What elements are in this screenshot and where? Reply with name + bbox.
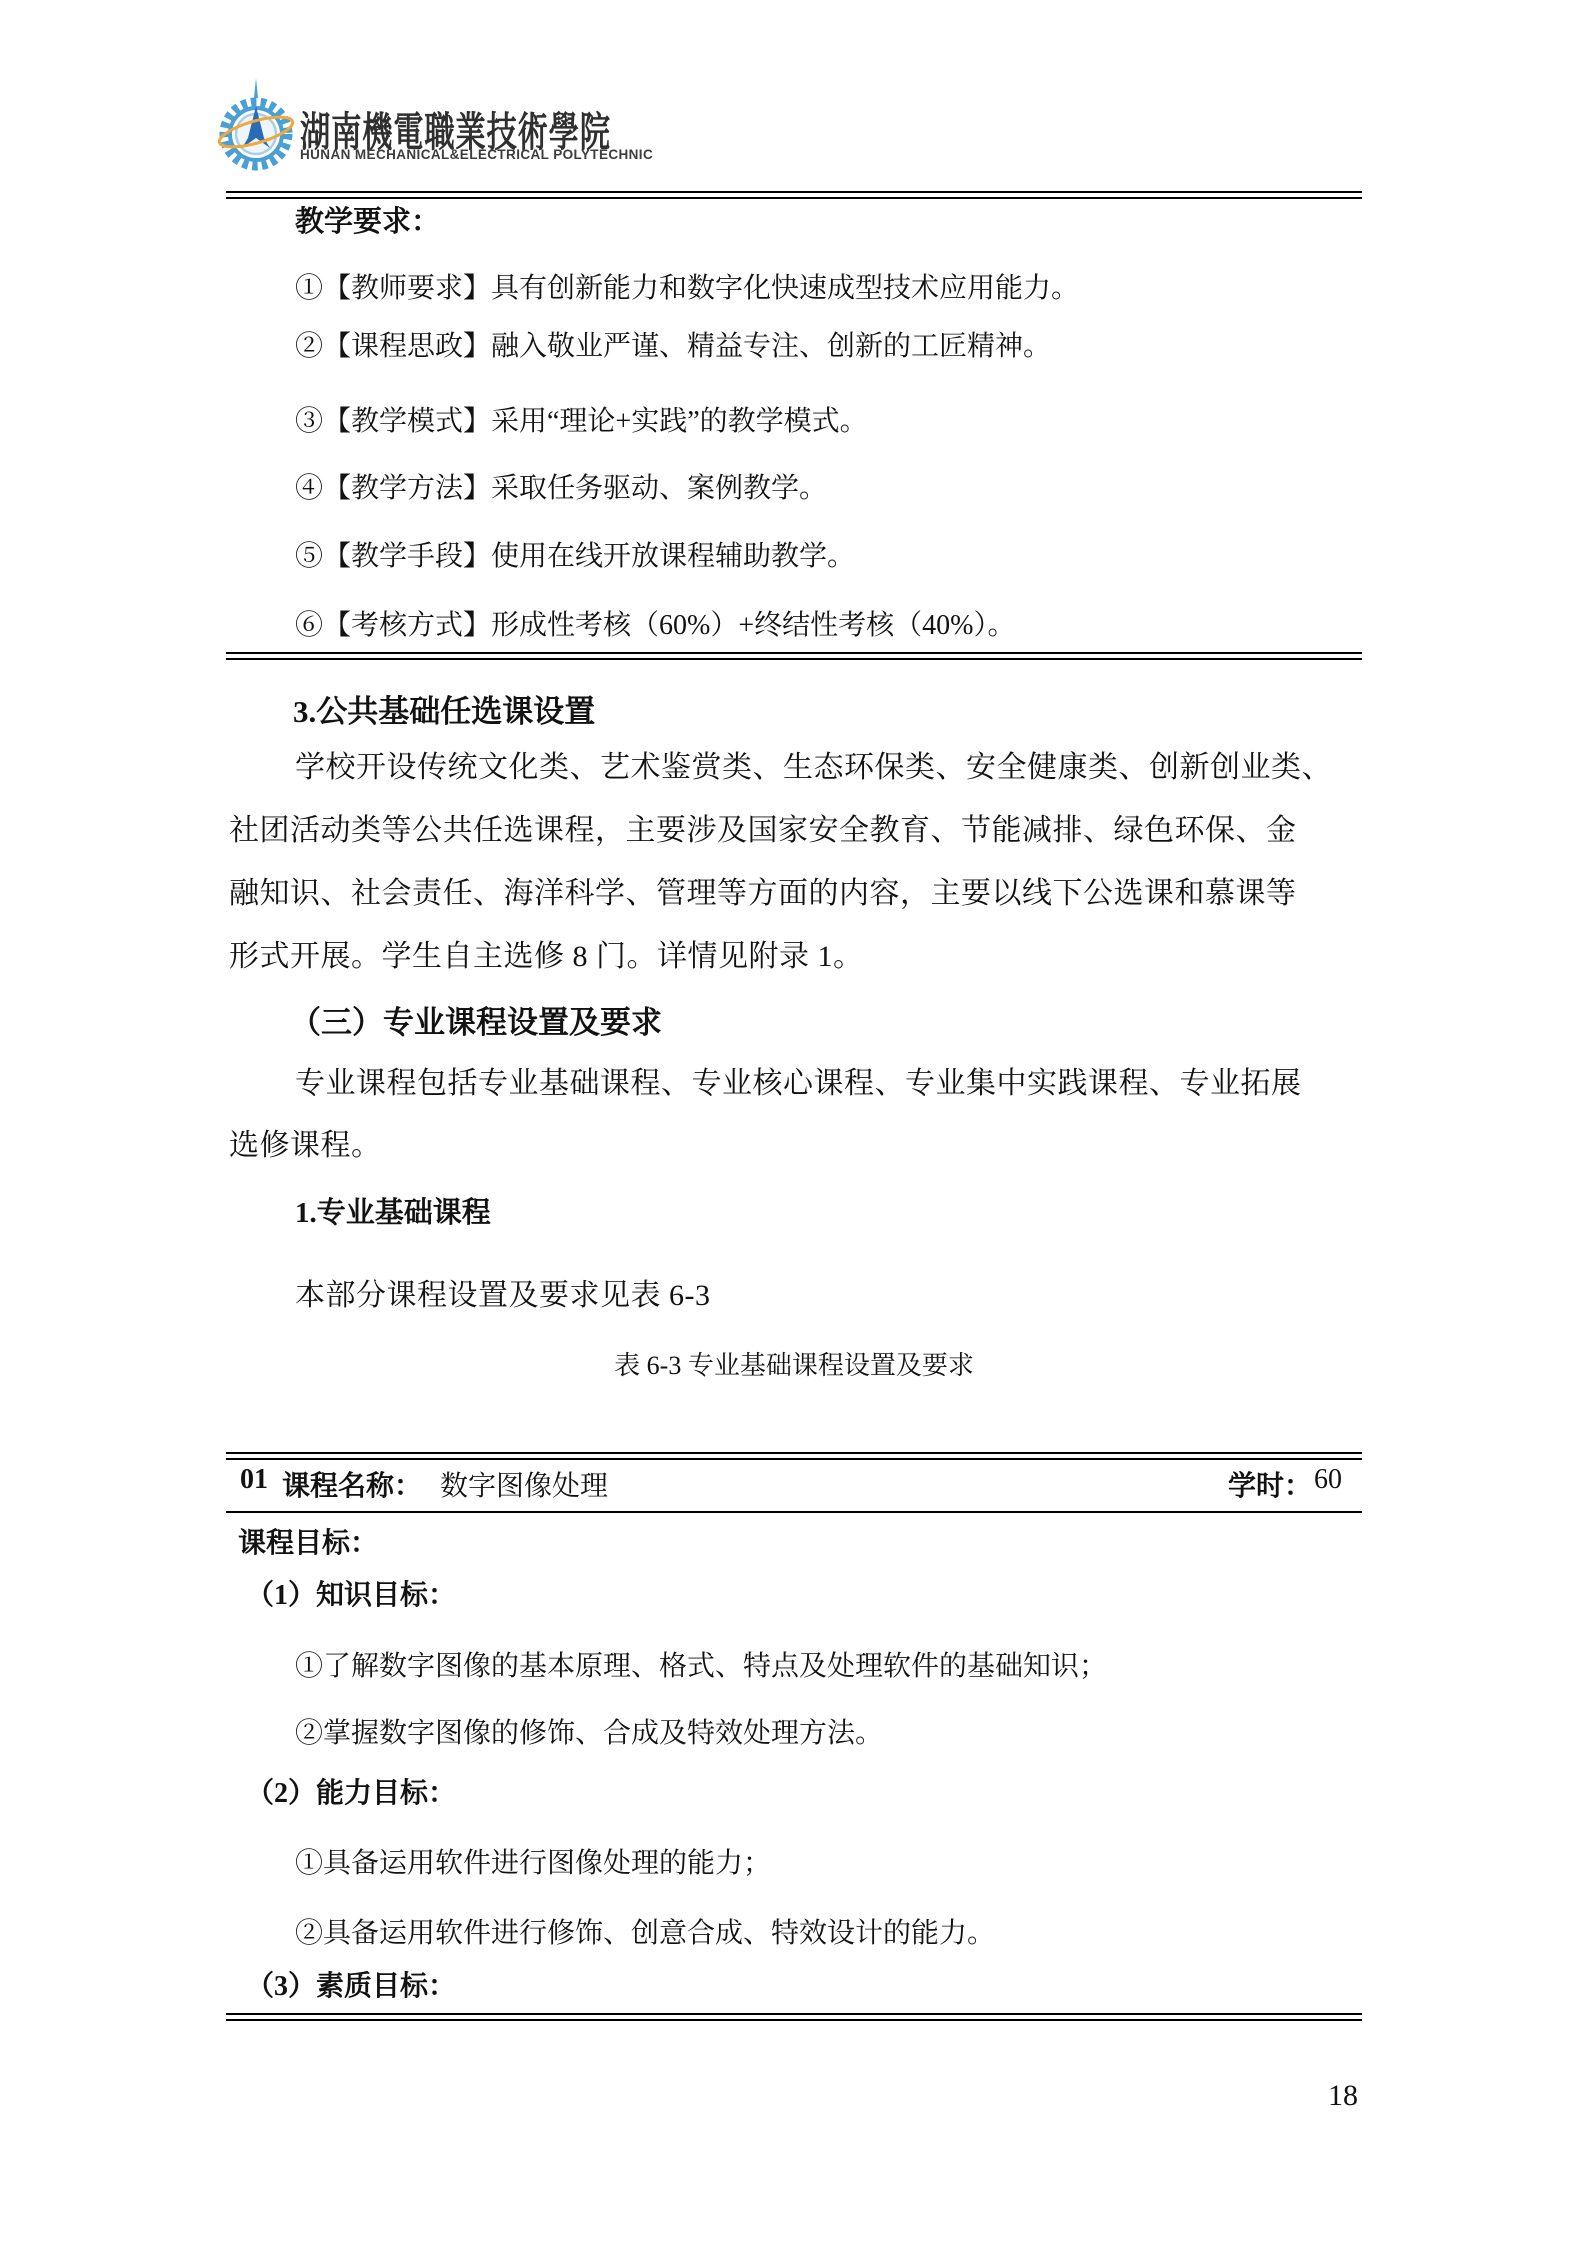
ability-goal-label: （2）能力目标：	[246, 1771, 456, 1811]
elective-paragraph-line: 融知识、社会责任、海洋科学、管理等方面的内容，主要以线下公选课和慕课等	[229, 868, 1297, 912]
course-header-row: 01 课程名称： 数字图像处理 学时： 60	[240, 1464, 1340, 1504]
teaching-requirements-heading: 教学要求：	[295, 199, 440, 240]
elective-paragraph-line: 形式开展。学生自主选修 8 门。详情见附录 1。	[229, 931, 864, 975]
knowledge-goal-item: ②掌握数字图像的修饰、合成及特效处理方法。	[295, 1711, 883, 1751]
course-hours-value: 60	[1314, 1464, 1342, 1496]
elective-paragraph-line: 学校开设传统文化类、艺术鉴赏类、生态环保类、安全健康类、创新创业类、	[295, 742, 1332, 786]
major-paragraph-line: 专业课程包括专业基础课程、专业核心课程、专业集中实践课程、专业拓展	[295, 1058, 1302, 1102]
course-hours-label: 学时：	[1228, 1464, 1312, 1504]
table-top-double-border	[226, 1452, 1362, 1460]
major-subheading: 1.专业基础课程	[295, 1190, 491, 1231]
course-name-value: 数字图像处理	[440, 1464, 608, 1504]
teaching-requirement-item: ⑥【考核方式】形成性考核（60%）+终结性考核（40%）。	[295, 603, 1015, 643]
major-section-heading: （三）专业课程设置及要求	[290, 997, 662, 1042]
teaching-requirement-item: ①【教师要求】具有创新能力和数字化快速成型技术应用能力。	[295, 266, 1079, 306]
course-index: 01	[240, 1464, 268, 1496]
teaching-requirement-item: ⑤【教学手段】使用在线开放课程辅助教学。	[295, 534, 855, 574]
rule-top-double	[226, 191, 1362, 199]
page-number: 18	[1328, 2079, 1358, 2113]
table-caption: 表 6-3 专业基础课程设置及要求	[226, 1345, 1362, 1382]
course-name-label: 课程名称：	[282, 1464, 422, 1504]
elective-paragraph-line: 社团活动类等公共任选课程，主要涉及国家安全教育、节能减排、绿色环保、金	[229, 805, 1297, 849]
school-logo	[214, 76, 300, 176]
school-name-en: HUNAN MECHANICAL&ELECTRICAL POLYTECHNIC	[300, 147, 653, 162]
teaching-requirement-item: ③【教学模式】采用“理论+实践”的教学模式。	[295, 399, 868, 439]
gear-icon	[214, 76, 300, 176]
quality-goal-label: （3）素质目标：	[246, 1964, 456, 2004]
table-row-divider	[226, 1511, 1362, 1513]
major-paragraph-line: 选修课程。	[229, 1120, 382, 1164]
course-goal-heading: 课程目标：	[238, 1521, 378, 1561]
knowledge-goal-label: （1）知识目标：	[246, 1573, 456, 1613]
knowledge-goal-item: ①了解数字图像的基本原理、格式、特点及处理软件的基础知识；	[295, 1644, 1107, 1684]
ability-goal-item: ②具备运用软件进行修饰、创意合成、特效设计的能力。	[295, 1911, 995, 1951]
table-bottom-double-border	[226, 2013, 1362, 2021]
table-reference-note: 本部分课程设置及要求见表 6-3	[295, 1270, 711, 1314]
ability-goal-item: ①具备运用软件进行图像处理的能力；	[295, 1841, 771, 1881]
teaching-requirement-item: ②【课程思政】融入敬业严谨、精益专注、创新的工匠精神。	[295, 324, 1051, 364]
rule-bottom-double	[226, 652, 1362, 660]
teaching-requirement-item: ④【教学方法】采取任务驱动、案例教学。	[295, 466, 827, 506]
document-page: 湖南機電職業技術學院 HUNAN MECHANICAL&ELECTRICAL P…	[0, 0, 1587, 2245]
elective-section-heading: 3.公共基础任选课设置	[293, 686, 595, 731]
